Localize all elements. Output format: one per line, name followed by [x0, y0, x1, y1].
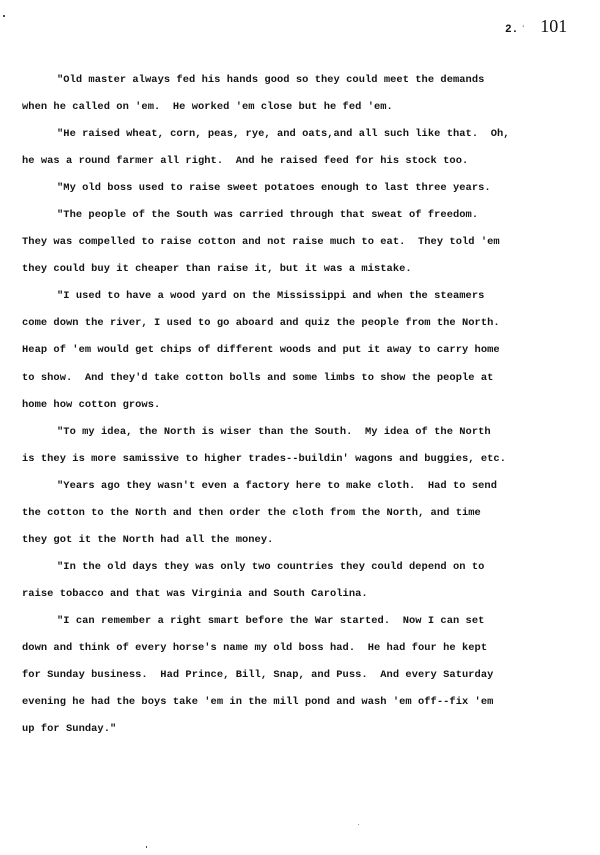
page-number: 101	[540, 16, 567, 37]
document-page: 2. ʻ 101 "Old master always fed his hand…	[0, 0, 600, 855]
text-line: "Old master always fed his hands good so…	[22, 71, 582, 98]
text-line: "My old boss used to raise sweet potatoe…	[22, 179, 582, 206]
paragraph: "I can remember a right smart before the…	[22, 612, 582, 747]
text-line: "The people of the South was carried thr…	[22, 206, 582, 233]
document-body: "Old master always fed his hands good so…	[22, 71, 582, 747]
scan-speck	[358, 824, 359, 825]
text-line: up for Sunday."	[22, 720, 582, 747]
paragraph: "My old boss used to raise sweet potatoe…	[22, 179, 582, 206]
paragraph: "To my idea, the North is wiser than the…	[22, 423, 582, 477]
text-line: they got it the North had all the money.	[22, 531, 582, 558]
scan-speck	[3, 15, 5, 17]
text-line: They was compelled to raise cotton and n…	[22, 233, 582, 260]
paragraph: "The people of the South was carried thr…	[22, 206, 582, 287]
text-line: "He raised wheat, corn, peas, rye, and o…	[22, 125, 582, 152]
text-line: he was a round farmer all right. And he …	[22, 152, 582, 179]
text-line: down and think of every horse's name my …	[22, 639, 582, 666]
text-line: raise tobacco and that was Virginia and …	[22, 585, 582, 612]
section-number: 2.	[505, 24, 518, 36]
text-line: they could buy it cheaper than raise it,…	[22, 260, 582, 287]
paragraph: "He raised wheat, corn, peas, rye, and o…	[22, 125, 582, 179]
page-header: 2. ʻ 101	[505, 16, 567, 37]
text-line: evening he had the boys take 'em in the …	[22, 693, 582, 720]
text-line: "I used to have a wood yard on the Missi…	[22, 287, 582, 314]
paragraph: "In the old days they was only two count…	[22, 558, 582, 612]
text-line: "To my idea, the North is wiser than the…	[22, 423, 582, 450]
text-line: to show. And they'd take cotton bolls an…	[22, 369, 582, 396]
paragraph: "Years ago they wasn't even a factory he…	[22, 477, 582, 558]
text-line: home how cotton grows.	[22, 396, 582, 423]
text-line: is they is more samissive to higher trad…	[22, 450, 582, 477]
text-line: for Sunday business. Had Prince, Bill, S…	[22, 666, 582, 693]
text-line: when he called on 'em. He worked 'em clo…	[22, 98, 582, 125]
paragraph: "I used to have a wood yard on the Missi…	[22, 287, 582, 422]
text-line: the cotton to the North and then order t…	[22, 504, 582, 531]
paragraph: "Old master always fed his hands good so…	[22, 71, 582, 125]
text-line: "Years ago they wasn't even a factory he…	[22, 477, 582, 504]
text-line: "I can remember a right smart before the…	[22, 612, 582, 639]
scan-speck	[146, 846, 147, 848]
text-line: "In the old days they was only two count…	[22, 558, 582, 585]
text-line: Heap of 'em would get chips of different…	[22, 341, 582, 368]
text-line: come down the river, I used to go aboard…	[22, 314, 582, 341]
tick-mark: ʻ	[520, 25, 526, 36]
